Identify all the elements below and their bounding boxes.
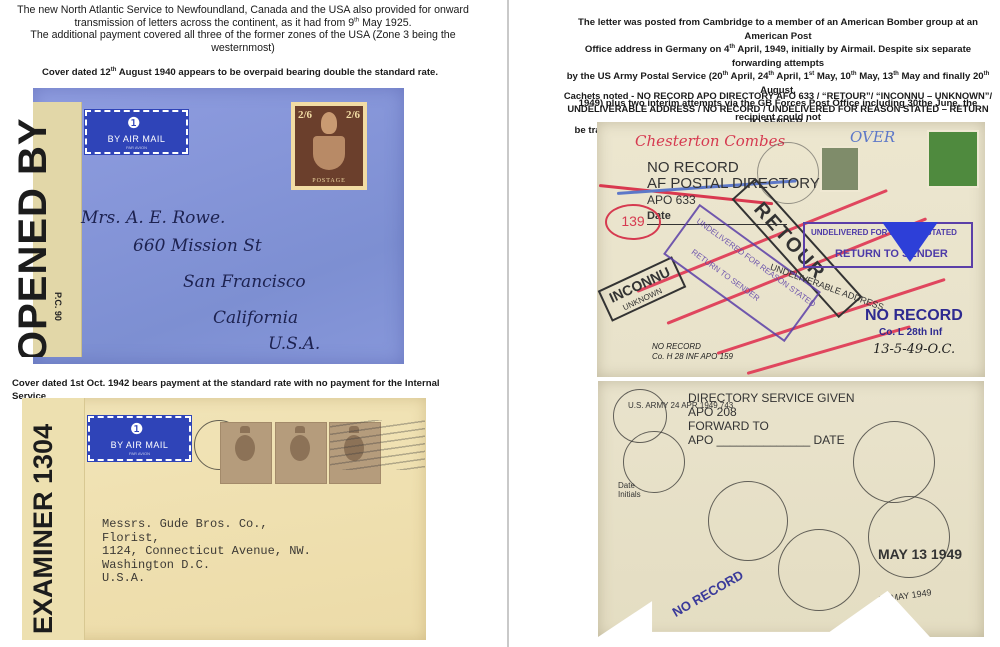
no-record-script: NO RECORD <box>670 567 746 620</box>
cachet-line: Initials <box>618 490 641 499</box>
intro-line-3: The additional payment covered all three… <box>8 29 478 42</box>
postmark-text: U.S. ARMY 24 APR 1949 743 <box>628 401 658 410</box>
us-army-postal-service-postmark <box>778 529 860 611</box>
directory-side-cachet: Date Initials <box>618 481 641 499</box>
address-line-1: Messrs. Gude Bros. Co., <box>102 518 311 532</box>
right-intro-line-1: The letter was posted from Cambridge to … <box>562 16 994 43</box>
date-manuscript: 13-5-49-O.C. <box>873 342 955 357</box>
stamp-2s6d: 2/6 2/6 POSTAGE <box>291 102 367 190</box>
cachet-line: FORWARD TO <box>688 419 855 433</box>
cachet-line: APO 208 <box>688 405 855 419</box>
censor-number: P.C. 90 <box>53 292 63 321</box>
wing-icon: ❶ <box>130 422 143 437</box>
etiquette-label: BY AIR MAIL <box>87 134 186 144</box>
circled-number: 139 <box>605 204 661 240</box>
etiquette-sublabel: PAR AVION <box>90 451 189 456</box>
king-portrait-icon <box>290 435 310 461</box>
intro-line-2: transmission of letters across the conti… <box>8 17 478 30</box>
left-intro-text: The new North Atlantic Service to Newfou… <box>8 4 478 54</box>
address-line-1: Mrs. A. E. Rowe. <box>81 208 225 228</box>
address-line-3: San Francisco <box>183 272 306 292</box>
etiquette-label: BY AIR MAIL <box>90 440 189 450</box>
us-army-postal-service-postmark <box>708 481 788 561</box>
directory-service-cachet: DIRECTORY SERVICE GIVEN APO 208 FORWARD … <box>688 391 855 447</box>
coat-of-arms-icon <box>313 136 345 170</box>
stamp-label: POSTAGE <box>295 178 363 184</box>
intro-line-4: westernmost) <box>8 42 478 55</box>
king-portrait-icon <box>321 112 337 134</box>
cover1-caption: Cover dated 12th August 1940 appears to … <box>30 67 450 80</box>
cachet-line: APO ______________ DATE <box>688 433 855 447</box>
manuscript-line: NO RECORD <box>652 342 733 352</box>
cachet-line: Date <box>618 481 641 490</box>
etiquette-sublabel: PAR AVION <box>87 145 186 150</box>
returned-cover-back: U.S. ARMY 24 APR 1949 743 DIRECTORY SERV… <box>598 381 984 637</box>
address-line-2: 660 Mission St <box>133 236 262 256</box>
right-intro-line-2: Office address in Germany on 4th April, … <box>562 43 994 70</box>
returned-cover-front: Chesterton Combes NO RECORD AF POSTAL DI… <box>597 122 985 377</box>
stamp-green <box>927 130 979 188</box>
no-record-cachet: NO RECORD <box>865 307 963 325</box>
stamp-5d-1 <box>220 422 272 484</box>
sender-manuscript: Chesterton Combes <box>635 132 785 150</box>
cachet-line: DIRECTORY SERVICE GIVEN <box>688 391 855 405</box>
stamp-value-left: 2/6 <box>298 109 312 121</box>
intro-line-1: The new North Atlantic Service to Newfou… <box>8 4 478 17</box>
address-line-5: U.S.A. <box>102 572 311 586</box>
censor-label-examiner: EXAMINER 1304 <box>22 398 85 640</box>
king-portrait-icon <box>235 435 255 461</box>
unit-cachet: Co. L 28th Inf <box>879 327 942 338</box>
manuscript-line: Co. H 28 INF APO 159 <box>652 352 733 362</box>
address-line-5: U.S.A. <box>268 334 320 354</box>
left-album-page: The new North Atlantic Service to Newfou… <box>0 0 507 647</box>
airmail-etiquette: ❶ BY AIR MAIL PAR AVION <box>85 110 188 154</box>
cachets-line-1: Cachets noted - NO RECORD APO DIRECTORY … <box>560 89 996 102</box>
airmail-etiquette: ❶ BY AIR MAIL PAR AVION <box>88 416 191 461</box>
cover1-envelope: OPENED BY P.C. 90 ❶ BY AIR MAIL PAR AVIO… <box>33 88 404 364</box>
over-manuscript: OVER <box>850 128 895 146</box>
airmail-etiquette-remnant <box>882 222 938 262</box>
postmark-text: MAY 13 1949 <box>878 546 962 562</box>
us-army-postmark <box>853 421 935 503</box>
address-line-4: California <box>213 308 298 328</box>
no-record-manuscript: NO RECORD Co. H 28 INF APO 159 <box>652 342 733 362</box>
typed-address: Messrs. Gude Bros. Co.,Florist,1124, Con… <box>102 518 311 586</box>
address-line-2: Florist, <box>102 532 311 546</box>
stamp-revenue-grey <box>820 146 860 192</box>
address-line-4: Washington D.C. <box>102 559 311 573</box>
stamp-5d-2 <box>275 422 327 484</box>
inconnu-cachet: INCONNU UNKNOWN <box>598 256 687 321</box>
address-line-3: 1124, Connecticut Avenue, NW. <box>102 545 311 559</box>
wing-icon: ❶ <box>127 116 140 131</box>
us-army-postal-service-postmark <box>868 496 950 578</box>
machine-cancel <box>330 420 425 470</box>
censor-label-opened-by: OPENED BY P.C. 90 <box>33 102 82 357</box>
stamp-value-right: 2/6 <box>346 109 360 121</box>
censor-text: EXAMINER 1304 <box>28 406 59 634</box>
